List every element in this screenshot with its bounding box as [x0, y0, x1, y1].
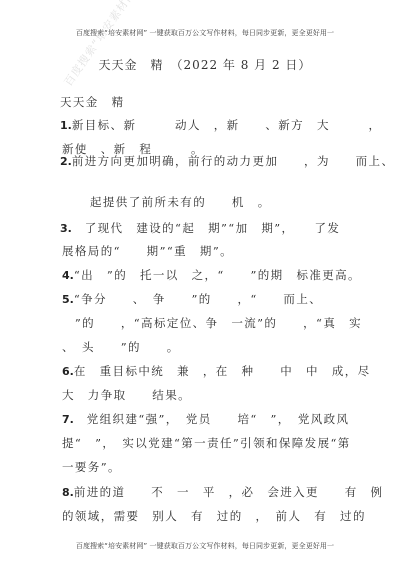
- item-number: 7.: [62, 413, 74, 426]
- line-text: 提“ ”， 实以党建“第一责任”引领和保障发展“第: [62, 436, 351, 450]
- line-text: 在 重目标中统 兼 ，在 种 中 中 成，尽: [74, 364, 371, 378]
- page-footer: 百度搜索“培安素材网” 一键获取百万公文写作材料，每日同步更新，更全更好用一: [0, 541, 410, 551]
- line-text: 的领域，需要 别人 有 过的 ， 前人 有 过的: [62, 509, 366, 523]
- item-number: 6.: [62, 365, 74, 378]
- line-text: “出 ”的 托一以 之，“ ”的期 标准更高。: [74, 268, 361, 282]
- item-number: 2.: [60, 155, 72, 168]
- text-line: 展格局的“ 期”“重 期”。: [62, 243, 233, 259]
- text-line: 5.“争分 、 争 ”的 ，“ 而上、: [62, 291, 322, 307]
- item-number: 1.: [60, 119, 72, 132]
- text-line: 3. 了现代 建设的“起 期”“加 期”， 了发: [60, 220, 340, 236]
- text-line: 8.前进的道 不 一 平 ，必 会进入更 有 例: [62, 484, 383, 500]
- text-line: 2.前进方向更加明确，前行的动力更加 ，为 而上、: [60, 153, 394, 169]
- text-line: 6.在 重目标中统 兼 ，在 种 中 中 成，尽: [62, 363, 371, 379]
- item-number: 3.: [60, 222, 72, 235]
- text-line: 的领域，需要 别人 有 过的 ， 前人 有 过的: [62, 508, 366, 524]
- item-number: 4.: [62, 269, 74, 282]
- section-heading: 天天金 精: [60, 94, 125, 110]
- line-text: 一要务”。: [62, 460, 121, 474]
- item-number: 8.: [62, 486, 74, 499]
- item-number: 5.: [62, 293, 74, 306]
- page-header: 百度搜索“培安素材网” 一键获取百万公文写作材料，每日同步更新，更全更好用一: [0, 28, 410, 38]
- watermark: 百度搜索“培安素材网”一键获取百万公文写作材料，每日同步更新，更全更好用一: [60, 0, 314, 89]
- text-line: 4.“出 ”的 托一以 之，“ ”的期 标准更高。: [62, 267, 361, 283]
- line-text: 新目标、新 动人 ，新 、新方 大 ，: [72, 118, 382, 132]
- line-text: 大 力争取 结果。: [62, 388, 191, 402]
- line-text: 了现代 建设的“起 期”“加 期”， 了发: [72, 221, 340, 235]
- text-line: 提“ ”， 实以党建“第一责任”引领和保障发展“第: [62, 435, 351, 451]
- line-text: 前进方向更加明确，前行的动力更加 ，为 而上、: [72, 154, 395, 168]
- text-line: 1.新目标、新 动人 ，新 、新方 大 ，: [60, 117, 381, 133]
- line-text: 前进的道 不 一 平 ，必 会进入更 有 例: [74, 485, 384, 499]
- text-line: 起提供了前所未有的 机 。: [90, 194, 271, 210]
- line-text: 展格局的“ 期”“重 期”。: [62, 244, 233, 258]
- line-text: ”的 ，“高标定位、争 一流”的 ，“真 实: [62, 316, 362, 330]
- text-line: 一要务”。: [62, 459, 121, 475]
- text-line: 7. 党组织建“强”， 党员 培“ ”， 党风政风: [62, 411, 349, 427]
- text-line: ”的 ，“高标定位、争 一流”的 ，“真 实: [62, 315, 362, 331]
- document-page: 百度搜索“培安素材网” 一键获取百万公文写作材料，每日同步更新，更全更好用一 百…: [0, 0, 410, 580]
- document-title: 天天金 精 （2022 年 8 月 2 日）: [0, 56, 410, 73]
- text-line: 大 力争取 结果。: [62, 387, 191, 403]
- line-text: 、 头 ”的 。: [62, 340, 180, 354]
- line-text: 起提供了前所未有的 机 。: [90, 195, 271, 209]
- line-text: 党组织建“强”， 党员 培“ ”， 党风政风: [74, 412, 350, 426]
- text-line: 、 头 ”的 。: [62, 339, 180, 355]
- line-text: “争分 、 争 ”的 ，“ 而上、: [74, 292, 322, 306]
